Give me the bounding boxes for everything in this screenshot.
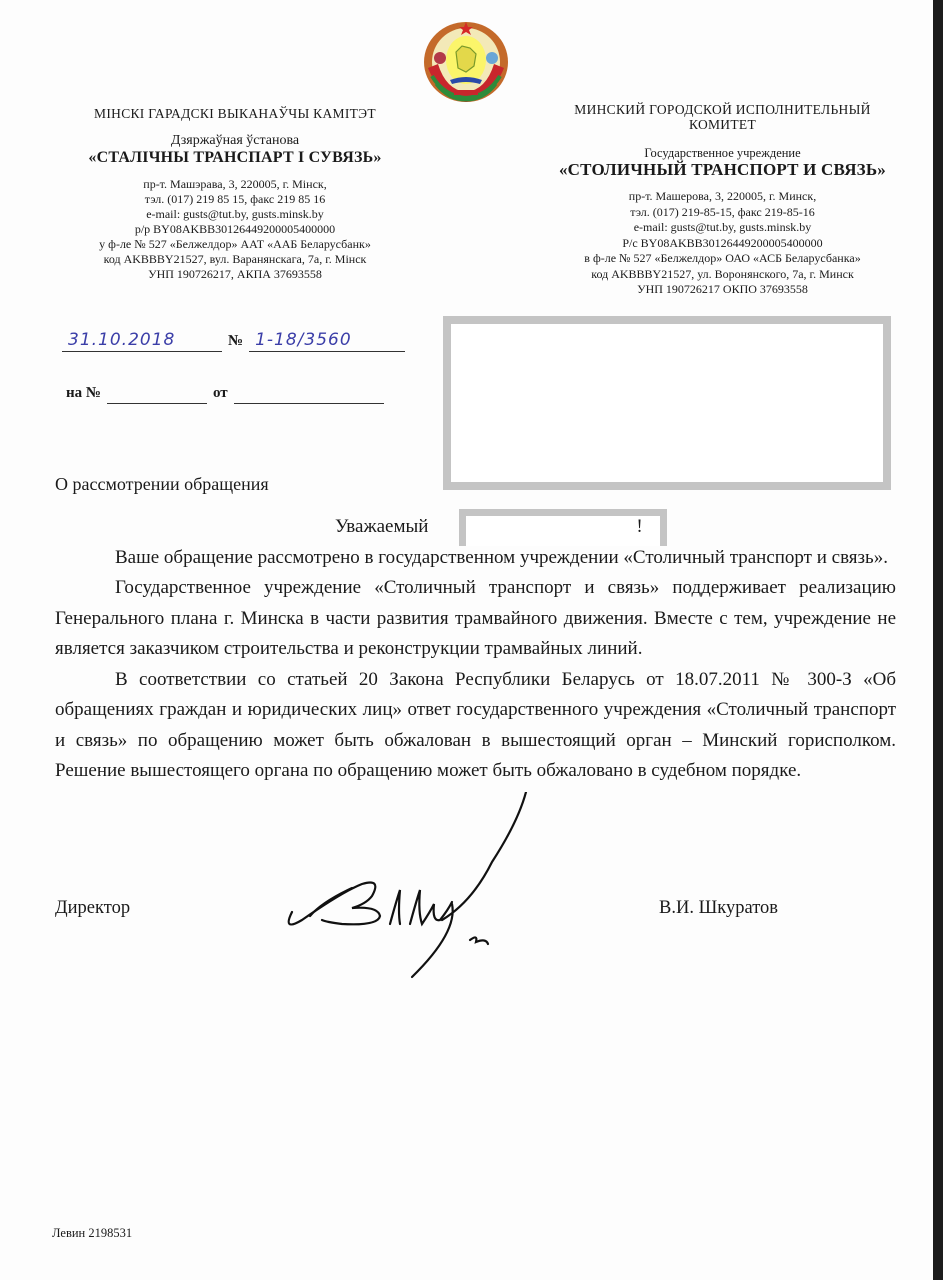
account-line: Р/с BY08AKBB30126449200005400000: [520, 236, 925, 252]
handwritten-signature-icon: [282, 792, 562, 992]
tax-id-line: УНП 190726217, АКПА 37693558: [50, 267, 420, 282]
institution-type: Государственное учреждение: [520, 146, 925, 160]
letter-page: МІНСКІ ГАРАДСКІ ВЫКАНАЎЧЫ КАМІТЭТ Дзяржа…: [0, 0, 933, 1280]
phone-line: тэл. (017) 219 85 15, факс 219 85 16: [50, 192, 420, 207]
signatory-name: В.И. Шкуратов: [659, 898, 778, 919]
address-line: пр-т. Машэрава, 3, 220005, г. Мінск,: [50, 177, 420, 192]
executor-note: Левин 2198531: [52, 1226, 132, 1241]
email-line: e-mail: gusts@tut.by, gusts.minsk.by: [520, 220, 925, 236]
number-label: №: [228, 333, 243, 350]
belarus-coat-of-arms-icon: [420, 18, 512, 104]
organization-name-line2: КОМИТЕТ: [520, 117, 925, 132]
account-line: р/р BY08AKBB30126449200005400000: [50, 222, 420, 237]
address-line: пр-т. Машерова, 3, 220005, г. Минск,: [520, 189, 925, 205]
paragraph: Ваше обращение рассмотрено в государстве…: [55, 543, 896, 574]
handwritten-date: 31.10.2018: [68, 330, 175, 350]
organization-name-line1: МИНСКИЙ ГОРОДСКОЙ ИСПОЛНИТЕЛЬНЫЙ: [520, 102, 925, 117]
letter-subject: О рассмотрении обращения: [55, 474, 269, 495]
letterhead-belarusian: МІНСКІ ГАРАДСКІ ВЫКАНАЎЧЫ КАМІТЭТ Дзяржа…: [50, 106, 420, 282]
screen-edge: [933, 0, 943, 1280]
greeting: Уважаемый!: [55, 512, 896, 543]
bank-line: у ф-ле № 527 «Белжелдор» ААТ «ААБ Белару…: [50, 237, 420, 252]
organization-name: МІНСКІ ГАРАДСКІ ВЫКАНАЎЧЫ КАМІТЭТ: [50, 106, 420, 121]
reply-to-label: на №: [66, 385, 101, 402]
greeting-exclamation: !: [636, 516, 642, 537]
number-field: 1-18/3560: [249, 329, 405, 352]
from-label: от: [213, 385, 228, 402]
institution-name: «СТАЛІЧНЫ ТРАНСПАРТ І СУВЯЗЬ»: [50, 149, 420, 167]
bank-line: в ф-ле № 527 «Белжелдор» ОАО «АСБ Белару…: [520, 251, 925, 267]
incoming-reference-row: на № от: [62, 374, 422, 404]
bank-code-line: код AKBBBY21527, ул. Воронянского, 7а, г…: [520, 267, 925, 283]
letterhead-russian: МИНСКИЙ ГОРОДСКОЙ ИСПОЛНИТЕЛЬНЫЙ КОМИТЕТ…: [520, 102, 925, 298]
date-field: 31.10.2018: [62, 329, 222, 352]
phone-line: тэл. (017) 219-85-15, факс 219-85-16: [520, 205, 925, 221]
institution-name: «СТОЛИЧНЫЙ ТРАНСПОРТ И СВЯЗЬ»: [520, 160, 925, 179]
greeting-text: Уважаемый: [335, 516, 428, 537]
email-line: e-mail: gusts@tut.by, gusts.minsk.by: [50, 207, 420, 222]
letter-body: Уважаемый! Ваше обращение рассмотрено в …: [55, 512, 896, 787]
from-field: [234, 381, 384, 404]
tax-id-line: УНП 190726217 ОКПО 37693558: [520, 282, 925, 298]
institution-type: Дзяржаўная ўстанова: [50, 133, 420, 149]
registration-block: 31.10.2018 № 1-18/3560 на № от: [62, 322, 422, 404]
reply-to-field: [107, 381, 207, 404]
bank-code-line: код AKBBBY21527, вул. Варанянскага, 7а, …: [50, 252, 420, 267]
redacted-recipient-address: [443, 316, 891, 490]
paragraph: Государственное учреждение «Столичный тр…: [55, 573, 896, 665]
outgoing-number-row: 31.10.2018 № 1-18/3560: [62, 322, 422, 352]
paragraph: В соответствии со статьей 20 Закона Респ…: [55, 665, 896, 787]
signatory-title: Директор: [55, 898, 130, 919]
handwritten-number: 1-18/3560: [255, 330, 352, 350]
